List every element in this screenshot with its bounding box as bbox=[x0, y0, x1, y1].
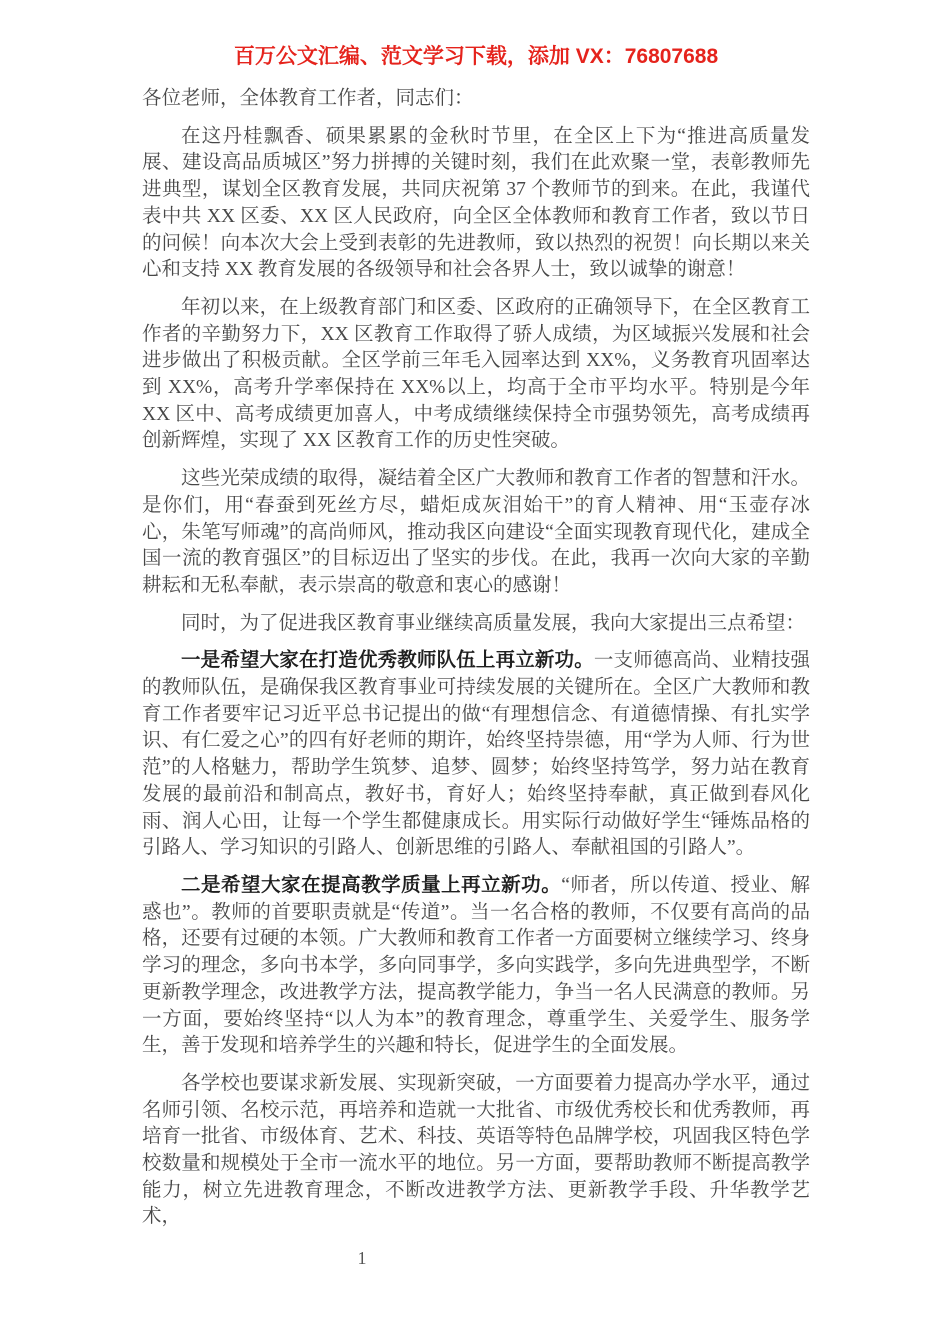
paragraph-hope-two-lead: 二是希望大家在提高教学质量上再立新功。 bbox=[181, 875, 561, 896]
paragraph-hope-one-lead: 一是希望大家在打造优秀教师队伍上再立新功。 bbox=[181, 650, 594, 671]
salutation: 各位老师，全体教育工作者，同志们： bbox=[142, 86, 810, 113]
paragraph-hope-one-text: 一支师德高尚、业精技强的教师队伍，是确保我区教育事业可持续发展的关键所在。全区广… bbox=[142, 650, 810, 858]
paragraph-opening-text: 在这丹桂飘香、硕果累累的金秋时节里，在全区上下为“推进高质量发展、建设高品质城区… bbox=[142, 126, 810, 281]
paragraph-hope-one: 一是希望大家在打造优秀教师队伍上再立新功。一支师德高尚、业精技强的教师队伍，是确… bbox=[142, 648, 810, 862]
paragraph-gratitude: 这些光荣成绩的取得，凝结着全区广大教师和教育工作者的智慧和汗水。是你们，用“春蚕… bbox=[142, 466, 810, 600]
paragraph-three-hopes-intro-text: 同时，为了促进我区教育事业继续高质量发展，我向大家提出三点希望： bbox=[181, 613, 805, 634]
paragraph-hope-two: 二是希望大家在提高教学质量上再立新功。“师者，所以传道、授业、解惑也”。教师的首… bbox=[142, 873, 810, 1060]
document-page: 百万公文汇编、范文学习下载，添加 VX：76807688 各位老师，全体教育工作… bbox=[0, 0, 950, 1344]
paragraph-achievements-text: 年初以来，在上级教育部门和区委、区政府的正确领导下，在全区教育工作者的辛勤努力下… bbox=[142, 297, 810, 452]
paragraph-hope-two-text: “师者，所以传道、授业、解惑也”。教师的首要职责就是“传道”。当一名合格的教师，… bbox=[142, 875, 810, 1056]
paragraph-three-hopes-intro: 同时，为了促进我区教育事业继续高质量发展，我向大家提出三点希望： bbox=[142, 611, 810, 638]
paragraph-opening: 在这丹桂飘香、硕果累累的金秋时节里，在全区上下为“推进高质量发展、建设高品质城区… bbox=[142, 124, 810, 284]
paragraph-achievements: 年初以来，在上级教育部门和区委、区政府的正确领导下，在全区教育工作者的辛勤努力下… bbox=[142, 295, 810, 455]
header-ad-banner: 百万公文汇编、范文学习下载，添加 VX：76807688 bbox=[142, 44, 810, 70]
page-number: 1 bbox=[350, 1246, 374, 1270]
document-content: 百万公文汇编、范文学习下载，添加 VX：76807688 各位老师，全体教育工作… bbox=[142, 0, 810, 1242]
paragraph-schools-text: 各学校也要谋求新发展、实现新突破，一方面要着力提高办学水平，通过名师引领、名校示… bbox=[142, 1073, 810, 1228]
paragraph-schools: 各学校也要谋求新发展、实现新突破，一方面要着力提高办学水平，通过名师引领、名校示… bbox=[142, 1071, 810, 1231]
paragraph-gratitude-text: 这些光荣成绩的取得，凝结着全区广大教师和教育工作者的智慧和汗水。是你们，用“春蚕… bbox=[142, 468, 810, 596]
